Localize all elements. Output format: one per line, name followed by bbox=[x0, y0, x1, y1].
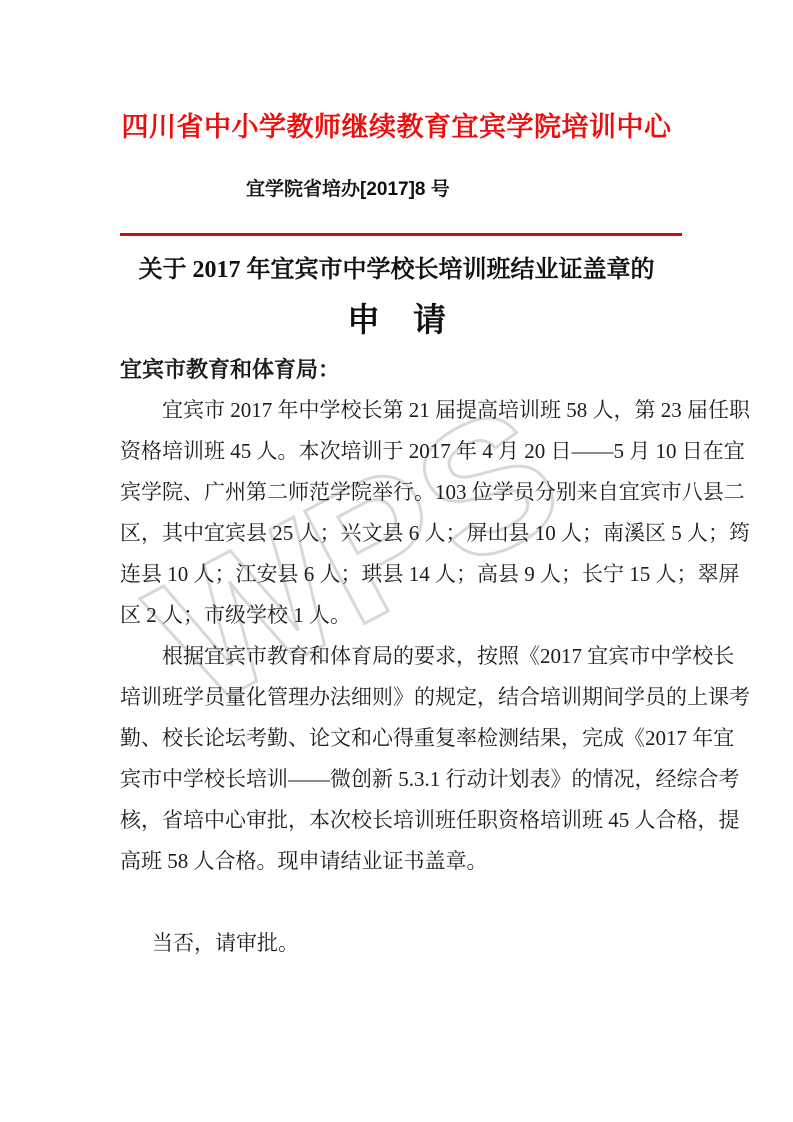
paragraph: 根据宜宾市教育和体育局的要求，按照《2017 宜宾市中学校长培训班学员量化管理办… bbox=[120, 636, 678, 882]
paragraph: 宜宾市 2017 年中学校长第 21 届提高培训班 58 人，第 23 届任职资… bbox=[120, 390, 678, 636]
subject-title-line1: 关于 2017 年宜宾市中学校长培训班结业证盖章的 bbox=[0, 249, 793, 284]
body-line: 核，省培中心审批，本次校长培训班任职资格培训班 45 人合格，提 bbox=[120, 800, 678, 841]
subject-title-line2: 申 请 bbox=[0, 294, 793, 341]
body-line: 区 2 人；市级学校 1 人。 bbox=[120, 595, 678, 636]
body-line: 连县 10 人；江安县 6 人；珙县 14 人；高县 9 人；长宁 15 人；翠… bbox=[120, 554, 678, 595]
body-line: 根据宜宾市教育和体育局的要求，按照《2017 宜宾市中学校长 bbox=[120, 636, 678, 677]
letterhead-org-title: 四川省中小学教师继续教育宜宾学院培训中心 bbox=[0, 105, 793, 144]
body-paragraphs: 宜宾市 2017 年中学校长第 21 届提高培训班 58 人，第 23 届任职资… bbox=[120, 390, 678, 882]
closing-line: 当否，请审批。 bbox=[120, 923, 678, 964]
red-divider-rule bbox=[120, 233, 682, 236]
body-line: 宾市中学校长培训——微创新 5.3.1 行动计划表》的情况，经综合考 bbox=[120, 759, 678, 800]
body-line: 高班 58 人合格。现申请结业证书盖章。 bbox=[120, 841, 678, 882]
body-line: 宜宾市 2017 年中学校长第 21 届提高培训班 58 人，第 23 届任职 bbox=[120, 390, 678, 431]
body-line: 宾学院、广州第二师范学院举行。103 位学员分别来自宜宾市八县二 bbox=[120, 472, 678, 513]
document-body: 宜宾市教育和体育局： 宜宾市 2017 年中学校长第 21 届提高培训班 58 … bbox=[120, 349, 678, 964]
document-number: 宜学院省培办[2017]8 号 bbox=[246, 174, 450, 201]
body-line: 区，其中宜宾县 25 人；兴文县 6 人；屏山县 10 人；南溪区 5 人；筠 bbox=[120, 513, 678, 554]
body-line: 资格培训班 45 人。本次培训于 2017 年 4 月 20 日——5 月 10… bbox=[120, 431, 678, 472]
document-page: WPS 四川省中小学教师继续教育宜宾学院培训中心 宜学院省培办[2017]8 号… bbox=[0, 0, 793, 1122]
body-line: 培训班学员量化管理办法细则》的规定，结合培训期间学员的上课考 bbox=[120, 677, 678, 718]
body-line: 勤、校长论坛考勤、论文和心得重复率检测结果，完成《2017 年宜 bbox=[120, 718, 678, 759]
salutation: 宜宾市教育和体育局： bbox=[120, 349, 678, 390]
